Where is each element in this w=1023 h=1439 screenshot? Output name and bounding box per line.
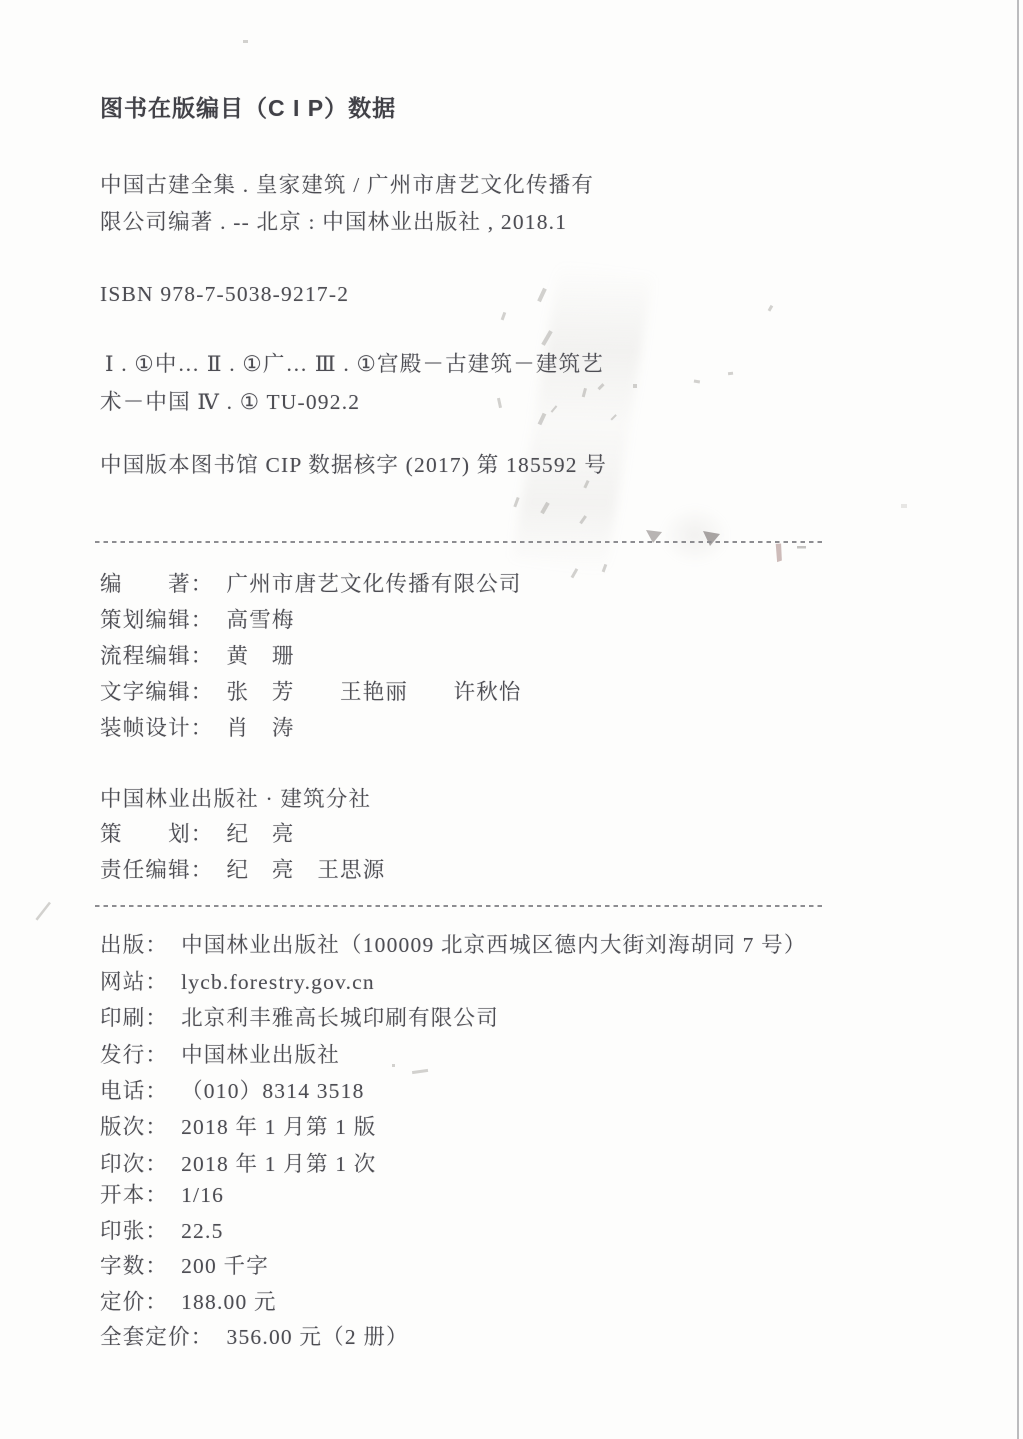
credit-value: 黄 珊 <box>227 643 295 670</box>
division-row-planner: 策 划：纪 亮 <box>100 821 295 848</box>
pub-value: 2018 年 1 月第 1 次 <box>181 1151 376 1178</box>
isbn-line: ISBN 978-7-5038-9217-2 <box>100 281 349 308</box>
pub-value: 1/16 <box>181 1182 224 1209</box>
catalog-publisher-line: 限公司编著 . -- 北京 : 中国林业出版社 , 2018.1 <box>100 209 567 236</box>
pub-row-set-price: 全套定价：356.00 元（2 册） <box>100 1324 409 1351</box>
pub-label: 印刷： <box>100 1005 168 1032</box>
division-label: 责任编辑： <box>100 857 214 884</box>
credit-label: 编 著： <box>100 571 214 598</box>
pub-row-impression: 印次：2018 年 1 月第 1 次 <box>100 1151 377 1178</box>
pub-row-price: 定价：188.00 元 <box>100 1289 277 1316</box>
catalog-title-line: 中国古建全集 . 皇家建筑 / 广州市唐艺文化传播有 <box>100 172 594 199</box>
division-row-responsible-editor: 责任编辑：纪 亮 王思源 <box>100 857 385 884</box>
pub-label: 开本： <box>100 1182 168 1209</box>
credit-label: 文字编辑： <box>100 679 214 706</box>
dashed-divider <box>95 905 822 907</box>
scan-edge-line <box>1017 0 1019 1439</box>
pub-row-publisher: 出版：中国林业出版社（100009 北京西城区德内大街刘海胡同 7 号） <box>100 932 807 959</box>
pub-value: 200 千字 <box>181 1253 269 1280</box>
credit-row-design: 装帧设计：肖 涛 <box>100 715 295 742</box>
pub-row-phone: 电话：（010）8314 3518 <box>100 1078 365 1105</box>
pub-row-format: 开本：1/16 <box>100 1182 224 1209</box>
pub-row-wordcount: 字数：200 千字 <box>100 1253 269 1280</box>
pub-label: 发行： <box>100 1042 168 1069</box>
pub-value: 188.00 元 <box>181 1289 277 1316</box>
pub-value: （010）8314 3518 <box>181 1078 364 1105</box>
cip-header: 图书在版编目（C I P）数据 <box>100 94 396 123</box>
credit-value: 广州市唐艺文化传播有限公司 <box>227 571 522 598</box>
pub-label: 定价： <box>100 1289 168 1316</box>
pub-value: 2018 年 1 月第 1 版 <box>181 1114 376 1141</box>
pub-row-distributor: 发行：中国林业出版社 <box>100 1042 340 1069</box>
pub-value: 北京利丰雅高长城印刷有限公司 <box>181 1005 499 1032</box>
pub-value: 356.00 元（2 册） <box>227 1324 409 1351</box>
pub-value: 22.5 <box>181 1218 223 1245</box>
pub-value: lycb.forestry.gov.cn <box>181 969 375 996</box>
cip-copyright-page: 图书在版编目（C I P）数据 中国古建全集 . 皇家建筑 / 广州市唐艺文化传… <box>0 0 1023 1439</box>
pub-value: 中国林业出版社（100009 北京西城区德内大街刘海胡同 7 号） <box>181 932 806 959</box>
pub-label: 网站： <box>100 969 168 996</box>
credit-label: 装帧设计： <box>100 715 214 742</box>
credit-value: 肖 涛 <box>227 715 295 742</box>
credit-value: 高雪梅 <box>227 607 295 634</box>
cip-record-line: 中国版本图书馆 CIP 数据核字 (2017) 第 185592 号 <box>100 452 607 479</box>
division-value: 纪 亮 王思源 <box>227 857 386 884</box>
pub-label: 电话： <box>100 1078 168 1105</box>
credit-label: 策划编辑： <box>100 607 214 634</box>
pub-value: 中国林业出版社 <box>181 1042 340 1069</box>
credit-row-planning-editor: 策划编辑：高雪梅 <box>100 607 295 634</box>
credit-row-process-editor: 流程编辑：黄 珊 <box>100 643 295 670</box>
division-label: 策 划： <box>100 821 214 848</box>
division-value: 纪 亮 <box>227 821 295 848</box>
classification-line-1: Ⅰ . ①中… Ⅱ . ①广… Ⅲ . ①宫殿－古建筑－建筑艺 <box>105 351 604 378</box>
pub-label: 印次： <box>100 1151 168 1178</box>
pub-label: 版次： <box>100 1114 168 1141</box>
classification-line-2: 术－中国 Ⅳ . ① TU-092.2 <box>100 389 360 416</box>
pub-label: 全套定价： <box>100 1324 214 1351</box>
credit-value: 张 芳 王艳丽 许秋怡 <box>227 679 522 706</box>
credit-label: 流程编辑： <box>100 643 214 670</box>
pub-label: 字数： <box>100 1253 168 1280</box>
dashed-divider <box>95 541 822 543</box>
publisher-division-line: 中国林业出版社 · 建筑分社 <box>100 786 371 813</box>
pub-row-printer: 印刷：北京利丰雅高长城印刷有限公司 <box>100 1005 499 1032</box>
credit-row-text-editors: 文字编辑：张 芳 王艳丽 许秋怡 <box>100 679 522 706</box>
pub-row-sheets: 印张：22.5 <box>100 1218 224 1245</box>
pub-label: 印张： <box>100 1218 168 1245</box>
credit-row-author: 编 著：广州市唐艺文化传播有限公司 <box>100 571 522 598</box>
pub-row-edition: 版次：2018 年 1 月第 1 版 <box>100 1114 377 1141</box>
pub-row-website: 网站：lycb.forestry.gov.cn <box>100 969 375 996</box>
pub-label: 出版： <box>100 932 168 959</box>
